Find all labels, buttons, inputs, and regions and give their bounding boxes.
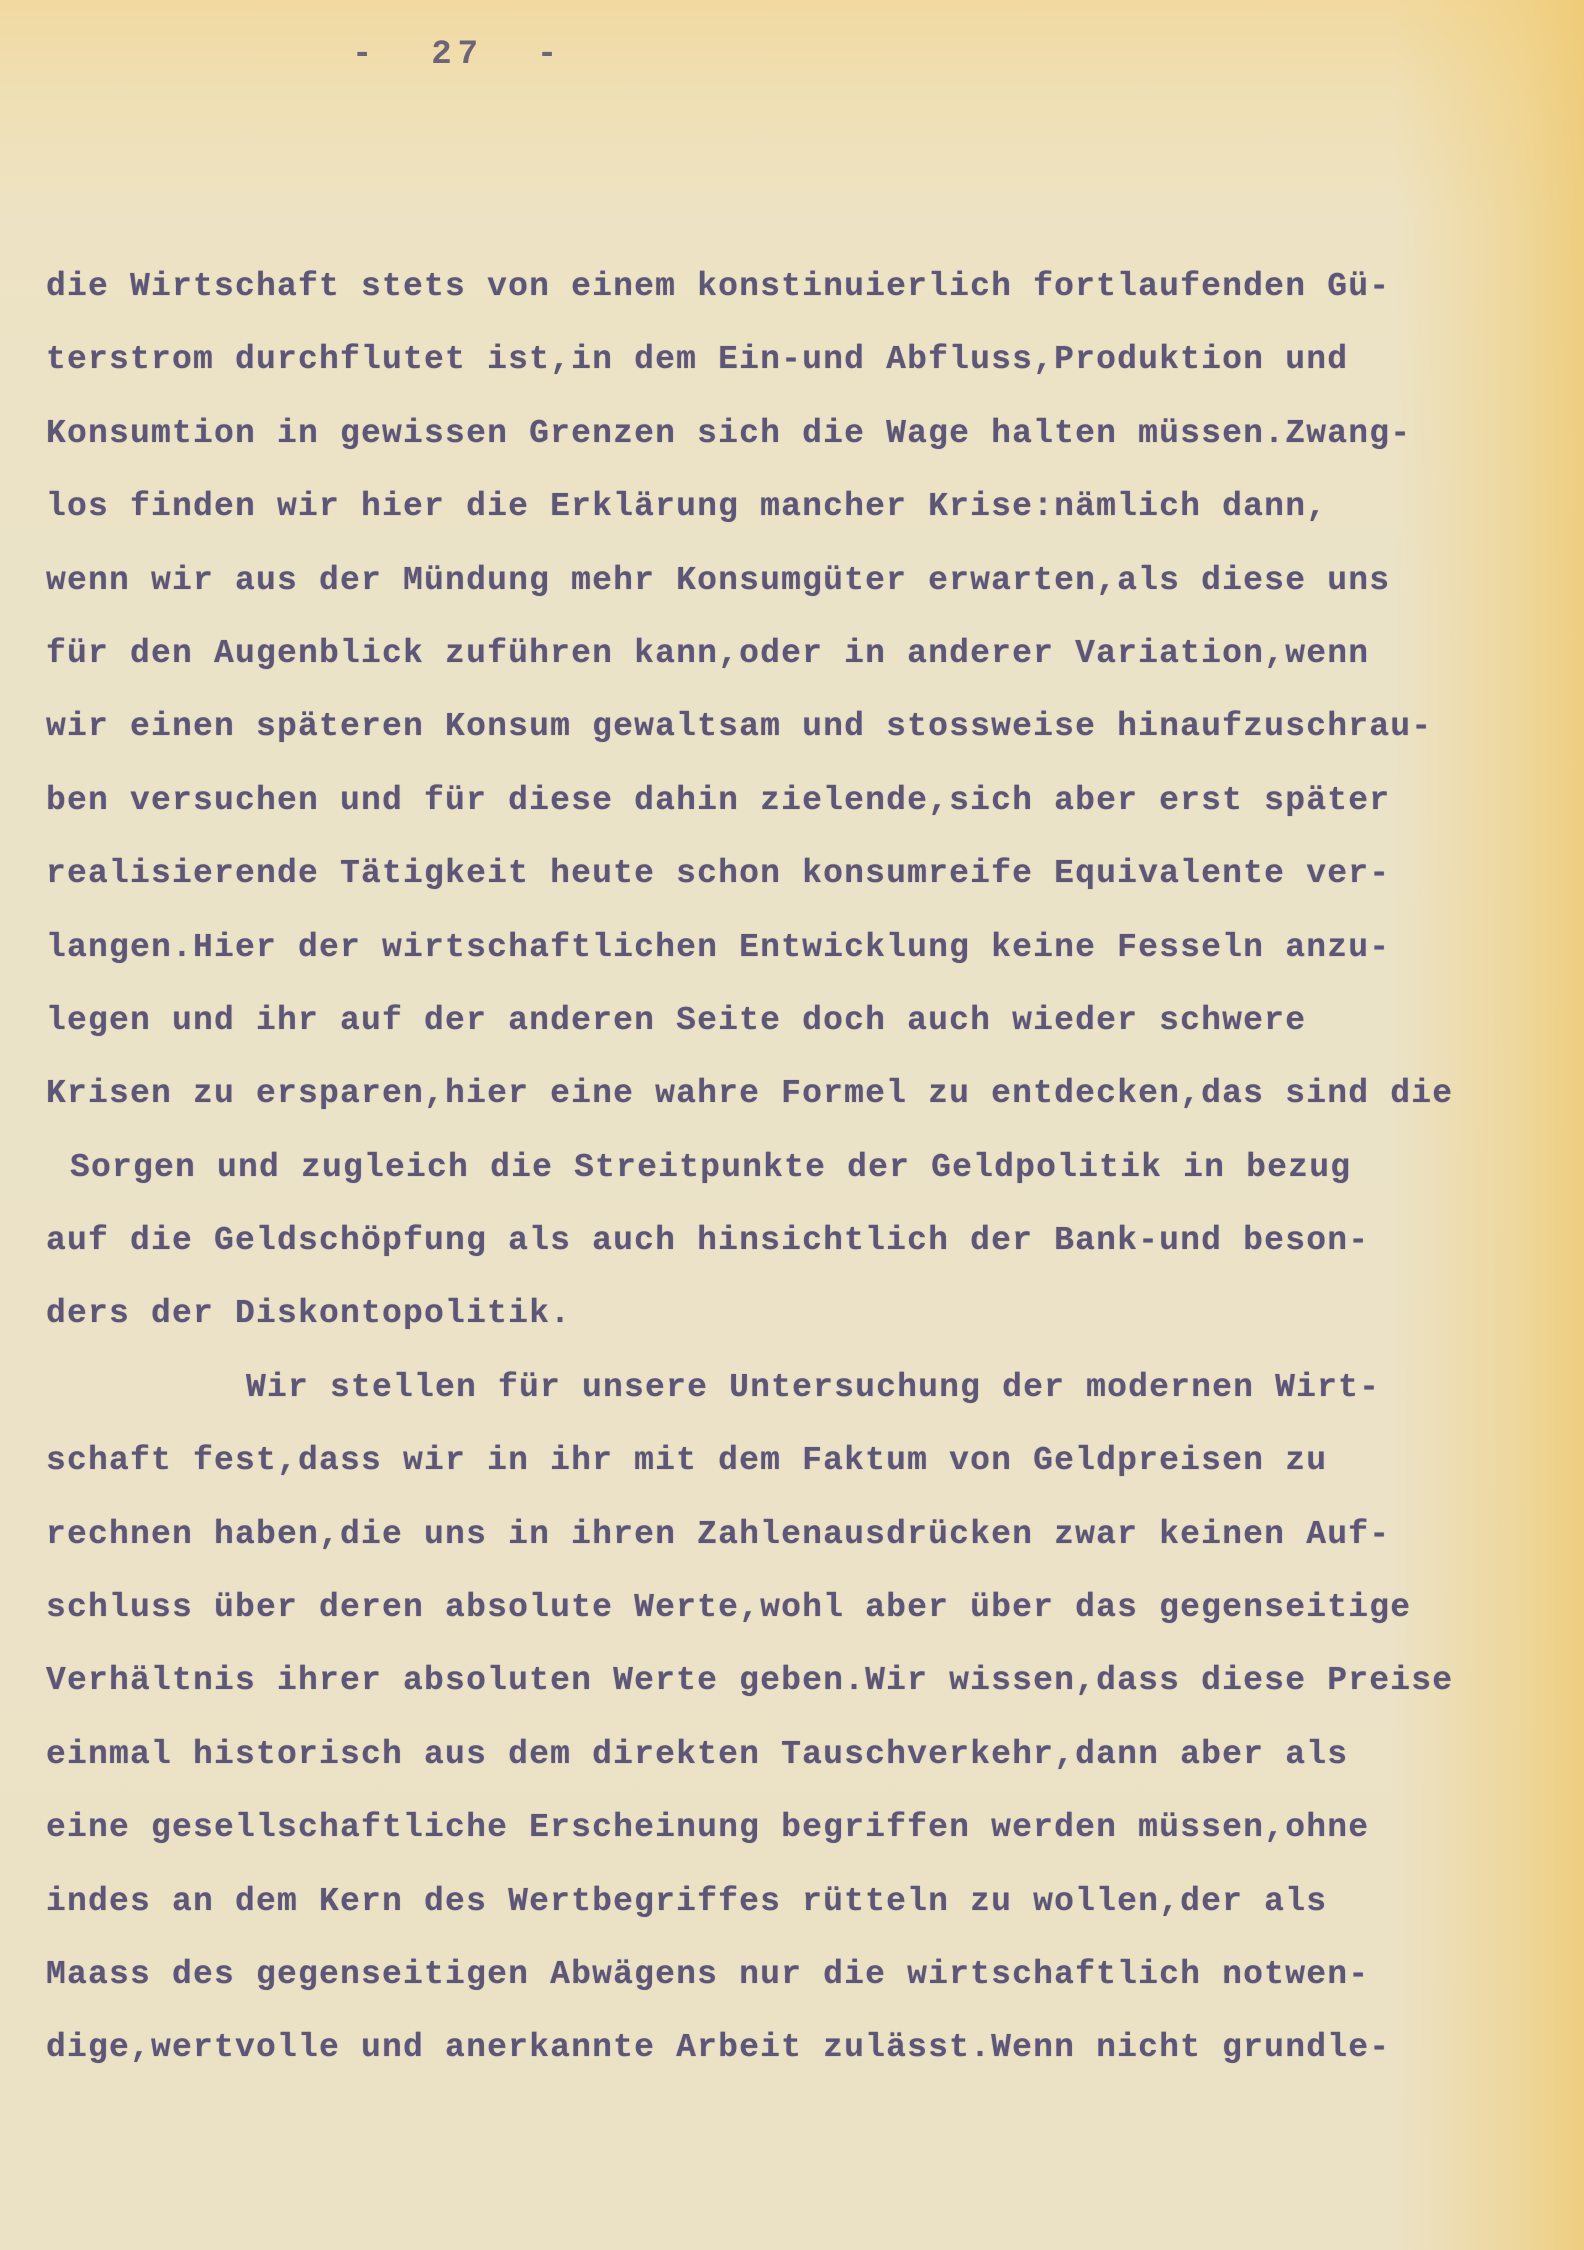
text-line: schluss über deren absolute Werte,wohl a…: [46, 1571, 1576, 1644]
text-line: auf die Geldschöpfung als auch hinsichtl…: [46, 1204, 1576, 1277]
text-line: einmal historisch aus dem direkten Tausc…: [46, 1718, 1576, 1791]
text-line: indes an dem Kern des Wertbegriffes rütt…: [46, 1865, 1576, 1938]
text-line: Verhältnis ihrer absoluten Werte geben.W…: [46, 1644, 1576, 1717]
text-line: Maass des gegenseitigen Abwägens nur die…: [46, 1938, 1576, 2011]
text-line: ders der Diskontopolitik.: [46, 1277, 1576, 1350]
text-line: ben versuchen und für diese dahin zielen…: [46, 764, 1576, 837]
text-line: realisierende Tätigkeit heute schon kons…: [46, 837, 1576, 910]
text-line: dige,wertvolle und anerkannte Arbeit zul…: [46, 2011, 1576, 2084]
text-line: eine gesellschaftliche Erscheinung begri…: [46, 1791, 1576, 1864]
text-line: Konsumtion in gewissen Grenzen sich die …: [46, 397, 1576, 470]
page-number: - 27 -: [352, 36, 563, 74]
text-line: Sorgen und zugleich die Streitpunkte der…: [46, 1131, 1576, 1204]
text-line: schaft fest,dass wir in ihr mit dem Fakt…: [46, 1424, 1576, 1497]
body-text: die Wirtschaft stets von einem konstinui…: [46, 250, 1576, 2085]
text-line: die Wirtschaft stets von einem konstinui…: [46, 250, 1576, 323]
text-line: Krisen zu ersparen,hier eine wahre Forme…: [46, 1057, 1576, 1130]
text-line: los finden wir hier die Erklärung manche…: [46, 470, 1576, 543]
text-line: wenn wir aus der Mündung mehr Konsumgüte…: [46, 544, 1576, 617]
text-line: langen.Hier der wirtschaftlichen Entwick…: [46, 911, 1576, 984]
text-line: terstrom durchflutet ist,in dem Ein-und …: [46, 323, 1576, 396]
text-line: rechnen haben,die uns in ihren Zahlenaus…: [46, 1498, 1576, 1571]
paragraph-start-line: Wir stellen für unsere Untersuchung der …: [46, 1351, 1576, 1424]
text-line: für den Augenblick zuführen kann,oder in…: [46, 617, 1576, 690]
text-line: legen und ihr auf der anderen Seite doch…: [46, 984, 1576, 1057]
text-line: wir einen späteren Konsum gewaltsam und …: [46, 690, 1576, 763]
